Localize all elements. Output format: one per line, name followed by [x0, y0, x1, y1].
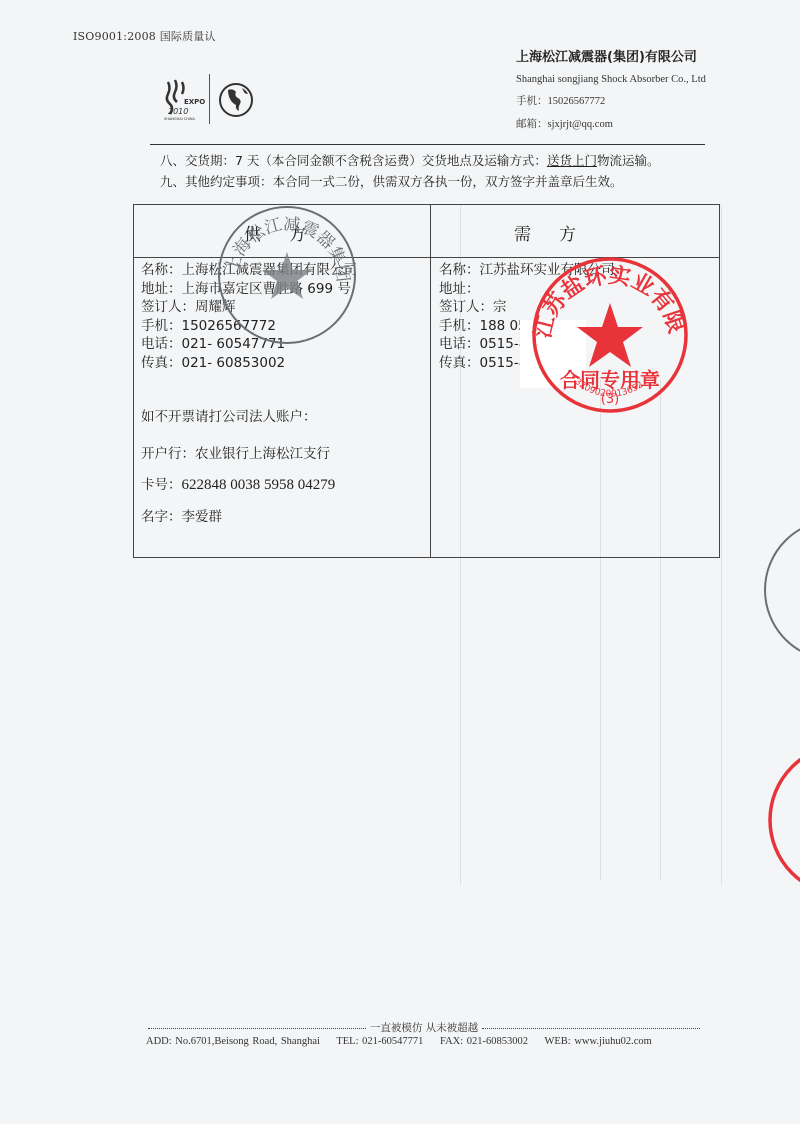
footer-address: ADD: No.6701,Beisong Road, Shanghai [146, 1036, 320, 1047]
table-header-divider [134, 257, 719, 258]
clause-8-delivery-method: 送货上门 [547, 153, 597, 168]
supplier-details: 名称：上海松江减震器集团有限公司 地址：上海市嘉定区曹胜路 699 号 签订人：… [141, 261, 357, 372]
company-name-cn: 上海松江减震器(集团)有限公司 [516, 46, 706, 65]
buyer-header: 需方 [514, 220, 604, 245]
company-email: 邮箱：sjxjrjt@qq.com [516, 116, 706, 131]
supplier-fax: 传真：021- 60853002 [141, 354, 357, 373]
iso-certification: ISO9001:2008 国际质量认 [73, 28, 216, 44]
supplier-signer: 签订人：周耀辉 [141, 298, 357, 317]
supplier-tel: 电话：021- 60547771 [141, 335, 357, 354]
supplier-name: 名称：上海松江减震器集团有限公司 [141, 261, 357, 280]
dotted-divider [482, 1028, 700, 1029]
parties-table: 供方 需方 名称：上海松江减震器集团有限公司 地址：上海市嘉定区曹胜路 699 … [133, 204, 720, 558]
clause-8: 八、交货期：7 天（本合同金额不含税含运费）交货地点及运输方式：送货上门物流运输… [160, 151, 659, 169]
svg-text:2010: 2010 [168, 107, 188, 116]
footer-web[interactable]: WEB: www.jiuhu02.com [544, 1036, 651, 1047]
contract-page: ISO9001:2008 国际质量认 EXPO 2010 SHANGHAI CH… [0, 0, 800, 1124]
account-holder: 名字：李爱群 [141, 505, 335, 525]
bank-name: 开户行：农业银行上海松江支行 [141, 442, 335, 462]
dotted-divider [148, 1028, 366, 1029]
supplier-header: 供方 [244, 220, 334, 245]
clause-9: 九、其他约定事项：本合同一式二份，供需双方各执一份，双方签字并盖章后生效。 [160, 172, 623, 190]
footer-slogan: 一直被模仿 从未被超越 [366, 1020, 482, 1035]
company-info: 上海松江减震器(集团)有限公司 Shanghai songjiang Shock… [516, 46, 706, 131]
footer-contact: ADD: No.6701,Beisong Road, Shanghai TEL:… [146, 1036, 665, 1047]
globe-icon [218, 82, 254, 118]
bank-account-info: 如不开票请打公司法人账户： 开户行：农业银行上海松江支行 卡号：622848 0… [141, 405, 335, 536]
partial-supplier-seal-edge [760, 515, 800, 665]
company-phone: 手机：15026567772 [516, 93, 706, 108]
bank-note: 如不开票请打公司法人账户： [141, 405, 335, 425]
svg-text:SHANGHAI CHINA: SHANGHAI CHINA [164, 117, 195, 121]
logo-divider [209, 74, 210, 124]
card-label: 卡号： [141, 477, 182, 493]
buyer-address: 地址： [439, 280, 615, 299]
footer-tel: TEL: 021-60547771 [336, 1036, 423, 1047]
clause-8-suffix: 物流运输。 [597, 153, 660, 168]
card-number: 622848 0038 5958 04279 [182, 477, 336, 493]
bank-card: 卡号：622848 0038 5958 04279 [141, 473, 335, 494]
expo-2010-logo: EXPO 2010 SHANGHAI CHINA [160, 76, 206, 122]
footer-slogan-line: 一直被模仿 从未被超越 [148, 1020, 700, 1035]
partial-buyer-seal-edge [765, 735, 800, 905]
footer-fax: FAX: 021-60853002 [440, 1036, 528, 1047]
buyer-name: 名称：江苏盐环实业有限公司 [439, 261, 615, 280]
svg-text:EXPO: EXPO [184, 98, 205, 106]
company-name-en: Shanghai songjiang Shock Absorber Co., L… [516, 74, 706, 85]
header-divider [150, 144, 705, 145]
header-logos: EXPO 2010 SHANGHAI CHINA [160, 74, 270, 126]
buyer-signer: 签订人：宗 [439, 298, 615, 317]
supplier-address: 地址：上海市嘉定区曹胜路 699 号 [141, 280, 357, 299]
redacted-area [520, 320, 586, 388]
supplier-mobile: 手机：15026567772 [141, 317, 357, 336]
clause-8-text: 八、交货期：7 天（本合同金额不含税含运费）交货地点及运输方式： [160, 153, 547, 168]
